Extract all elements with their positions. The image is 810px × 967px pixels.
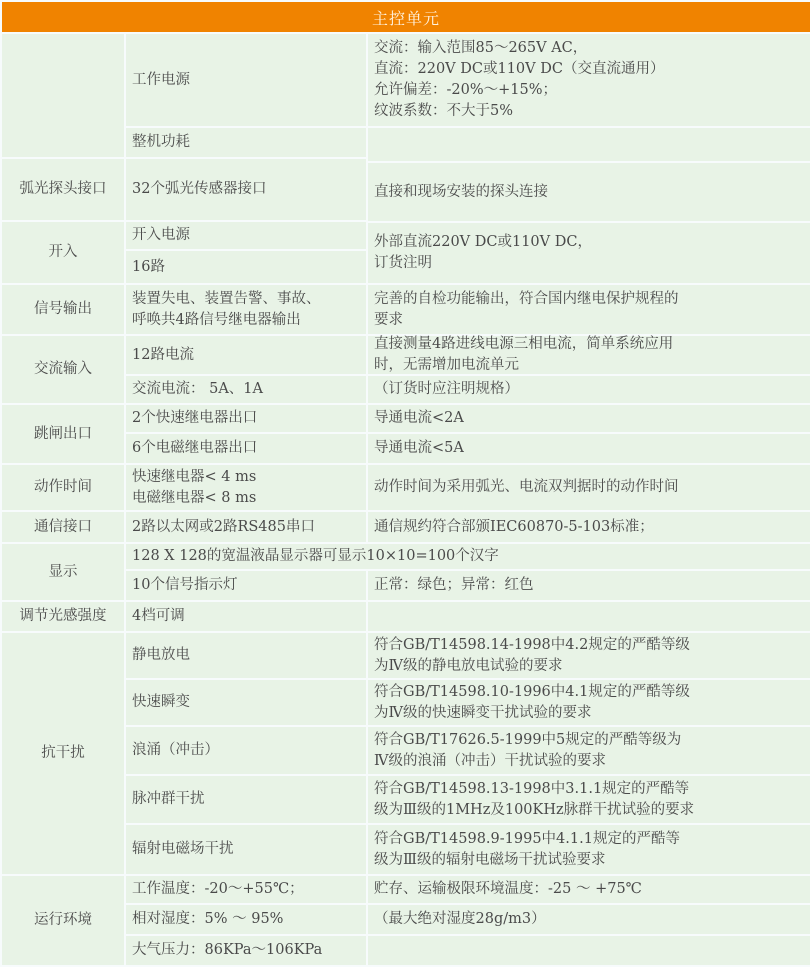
table-cell-c1-trip: 跳闸出口 (2, 405, 124, 463)
table-cell-c2-display-led: 10个信号指示灯 (126, 571, 366, 600)
table-cell-c3-trip-em: 导通电流<5A (368, 434, 810, 463)
table-cell-c2-ac-current: 交流电流： 5A、1A (126, 376, 366, 403)
table-cell-c3-burst: 符合GB/T14598.13-1998中3.1.1规定的严酷等 级为Ⅲ级的1MH… (368, 776, 810, 823)
table-cell-c3-ac-12: 直接测量4路进线电源三相电流，简单系统应用 时，无需增加电流单元 (368, 336, 810, 374)
table-cell-c3-trip-fast: 导通电流<2A (368, 405, 810, 432)
table-header-title: 主控单元 (2, 2, 810, 32)
table-cell-c3-pressure (368, 936, 810, 965)
table-cell-c2-arc-probe: 32个弧光传感器接口 (126, 159, 366, 220)
table-cell-c1-input: 开入 (2, 222, 124, 283)
table-cell-c2-signal-out: 装置失电、装置告警、事故、 呼唤共4路信号继电器输出 (126, 285, 366, 334)
table-cell-c2-humidity: 相对湿度：5% ～ 95% (126, 905, 366, 934)
table-cell-c2-input-16: 16路 (126, 251, 366, 283)
table-cell-c3-comm: 通信规约符合部颁IEC60870-5-103标准； (368, 512, 810, 542)
table-cell-c3-esd: 符合GB/T14598.14-1998中4.2规定的严酷等级 为Ⅳ级的静电放电试… (368, 633, 810, 678)
table-cell-c3-humidity: （最大绝对湿度28g/m3） (368, 905, 810, 934)
table-cell-c1-comm: 通信接口 (2, 512, 124, 542)
table-cell-c2-light: 4档可调 (126, 602, 366, 631)
table-cell-c2-consumption: 整机功耗 (126, 128, 366, 157)
table-cell-c1-action-time: 动作时间 (2, 465, 124, 510)
table-cell-c1-emc: 抗干扰 (2, 633, 124, 874)
table-cell-c2-ac-12: 12路电流 (126, 336, 366, 374)
table-cell-c2-surge: 浪涌（冲击） (126, 727, 366, 774)
table-cell-c1-display: 显示 (2, 544, 124, 600)
table-cell-c2-eft: 快速瞬变 (126, 680, 366, 725)
table-cell-c3-surge: 符合GB/T17626.5-1999中5规定的严酷等级为 Ⅳ级的浪涌（冲击）干扰… (368, 727, 810, 774)
table-cell-c2-temp: 工作温度：-20～+55℃； (126, 876, 366, 903)
table-cell-c3-display-led: 正常：绿色；异常：红色 (368, 571, 810, 600)
table-cell-c3-temp: 贮存、运输极限环境温度：-25 ～ +75℃ (368, 876, 810, 903)
table-cell-c2-burst: 脉冲群干扰 (126, 776, 366, 823)
table-cell-c3-action-time: 动作时间为采用弧光、电流双判据时的动作时间 (368, 465, 810, 510)
table-cell-c3-input: 外部直流220V DC或110V DC， 订货注明 (368, 223, 810, 283)
table-cell-c1-light: 调节光感强度 (2, 602, 124, 631)
table-cell-c3-work-power: 交流：输入范围85～265V AC， 直流：220V DC或110V DC（交直… (368, 34, 810, 126)
table-cell-c1-power (2, 34, 124, 157)
table-cell-c1-ac-input: 交流输入 (2, 336, 124, 403)
table-cell-c3-consumption (368, 128, 810, 161)
table-cell-c2-comm: 2路以太网或2路RS485串口 (126, 512, 366, 542)
spec-table: 主控单元 工作电源交流：输入范围85～265V AC， 直流：220V DC或1… (0, 0, 810, 967)
table-cell-c2-trip-em: 6个电磁继电器出口 (126, 434, 366, 463)
table-cell-c2-display-lcd: 128 X 128的宽温液晶显示器可显示10×10=100个汉字 (126, 544, 810, 569)
table-cell-c3-eft: 符合GB/T14598.10-1996中4.1规定的严酷等级 为Ⅳ级的快速瞬变干… (368, 680, 810, 725)
table-cell-c2-work-power: 工作电源 (126, 34, 366, 126)
table-cell-c3-signal-out: 完善的自检功能输出，符合国内继电保护规程的 要求 (368, 285, 810, 334)
table-cell-c2-input-power: 开入电源 (126, 222, 366, 249)
table-cell-c3-radiated: 符合GB/T14598.9-1995中4.1.1规定的严酷等 级为Ⅲ级的辐射电磁… (368, 825, 810, 874)
table-cell-c1-signal-out: 信号输出 (2, 285, 124, 334)
table-cell-c2-trip-fast: 2个快速继电器出口 (126, 405, 366, 432)
table-cell-c2-radiated: 辐射电磁场干扰 (126, 825, 366, 874)
table-cell-c2-action-time: 快速继电器< 4 ms 电磁继电器< 8 ms (126, 465, 366, 510)
table-cell-c3-ac-current: （订货时应注明规格） (368, 376, 810, 403)
table-cell-c2-esd: 静电放电 (126, 633, 366, 678)
table-cell-c2-pressure: 大气压力：86KPa～106KPa (126, 936, 366, 965)
table-cell-c1-arc-probe: 弧光探头接口 (2, 159, 124, 220)
table-cell-c3-light (368, 602, 810, 631)
table-cell-c3-arc-probe: 直接和现场安装的探头连接 (368, 163, 810, 221)
table-cell-c1-env: 运行环境 (2, 876, 124, 965)
